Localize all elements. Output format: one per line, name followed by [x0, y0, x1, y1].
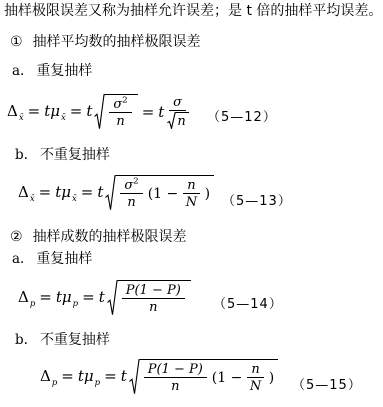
item-a1-text: 重复抽样: [36, 63, 92, 79]
sqrt-sigma2-over-n: σ2 n: [94, 94, 137, 130]
formula-5-13: Δx̄=tμx̄=t σ2 n (1 − n N ): [18, 175, 214, 211]
t-symbol: t: [99, 288, 105, 306]
formula-5-12: Δx̄=tμx̄=t σ2 n =t σ n: [7, 94, 191, 130]
item-a2-text: 重复抽样: [36, 251, 92, 267]
item-b1: b.不重复抽样: [15, 147, 110, 164]
sigma-symbol: σ: [124, 178, 133, 193]
radical-icon: [129, 359, 140, 395]
subscript-p: p: [95, 378, 100, 388]
delta-symbol: Δ: [18, 288, 29, 306]
equals-sign: =: [142, 103, 155, 121]
t-symbol: t: [158, 103, 164, 121]
item-a1-label: a.: [12, 63, 24, 79]
fraction-sigma2-n: σ2 n: [109, 97, 131, 129]
mu-symbol: μ: [61, 183, 71, 201]
radical-icon: [107, 280, 118, 316]
formula-5-12-mid: =t: [138, 103, 165, 121]
fraction-P1P-n: P(1 − P) n: [122, 283, 185, 315]
delta-symbol: Δ: [18, 183, 29, 201]
equals-sign: =: [28, 102, 41, 120]
equals-sign: =: [82, 288, 95, 306]
finite-correction-open: (1 −: [212, 370, 243, 386]
item-b2-text: 不重复抽样: [40, 332, 110, 348]
subscript-xbar: x̄: [19, 113, 24, 123]
radical-icon: [94, 94, 105, 130]
sqrt-P1P-over-n: P(1 − P) n: [107, 280, 191, 316]
denominator-n: n: [149, 299, 157, 315]
denominator-N: N: [186, 194, 197, 210]
intro-text: 抽样极限误差又称为抽样允许误差；是 t 倍的抽样平均误差。: [4, 3, 382, 20]
item-b2: b.不重复抽样: [15, 332, 110, 349]
formula-5-15: Δp=tμp=t P(1 − P) n (1 − n N ): [40, 359, 278, 395]
equals-sign: =: [39, 183, 52, 201]
mu-symbol: μ: [62, 288, 72, 306]
denominator-sqrtn: n: [166, 111, 188, 129]
finite-correction-close: ): [205, 186, 210, 202]
item-a2-label: a.: [12, 251, 24, 267]
equation-number-5-15: （5—15）: [292, 374, 362, 393]
equation-number-5-12: （5—12）: [207, 106, 277, 125]
finite-correction-open: (1 −: [148, 186, 179, 202]
subscript-xbar: x̄: [72, 194, 77, 204]
item-a2: a.重复抽样: [12, 251, 92, 268]
t-symbol: t: [121, 367, 127, 385]
sqrt-P1P-over-n-finite: P(1 − P) n (1 − n N ): [129, 359, 278, 395]
formula-5-12-lhs: Δx̄=tμx̄=t: [7, 102, 92, 123]
item-b1-text: 不重复抽样: [40, 147, 110, 163]
finite-correction-close: ): [269, 370, 274, 386]
denominator-N: N: [250, 378, 261, 394]
section-1-heading: ①抽样平均数的抽样极限误差: [10, 34, 201, 51]
radicand: σ2 n (1 − n N ): [116, 175, 214, 211]
numerator-sigma: σ: [169, 95, 186, 111]
equals-sign: =: [104, 367, 117, 385]
section-2-title: 抽样成数的抽样极限误差: [33, 229, 187, 245]
t-symbol: t: [86, 102, 92, 120]
n-symbol: n: [177, 114, 185, 129]
denominator-n: n: [127, 194, 135, 210]
section-1-number: ①: [10, 34, 23, 50]
section-2-number: ②: [10, 229, 23, 245]
t-symbol: t: [97, 183, 103, 201]
denominator-n: n: [116, 113, 124, 129]
formula-5-15-lhs: Δp=tμp=t: [40, 367, 127, 388]
radical-icon: [105, 175, 116, 211]
fraction-P1P-n: P(1 − P) n: [144, 362, 207, 394]
fraction-n-N: n N: [247, 362, 263, 394]
section-2-heading: ②抽样成数的抽样极限误差: [10, 229, 187, 246]
equals-sign: =: [70, 102, 83, 120]
subscript-xbar: x̄: [61, 113, 66, 123]
equals-sign: =: [39, 288, 52, 306]
sqrt-n: n: [167, 112, 188, 129]
equals-sign: =: [81, 183, 94, 201]
equation-number-5-13: （5—13）: [222, 190, 292, 209]
radicand: σ2 n: [105, 94, 137, 130]
formula-5-14-lhs: Δp=tμp=t: [18, 288, 105, 309]
subscript-p: p: [73, 299, 78, 309]
equation-number-5-14: （5—14）: [213, 293, 283, 312]
numerator-n: n: [183, 178, 199, 194]
denominator-n: n: [171, 378, 179, 394]
item-b2-label: b.: [15, 332, 28, 348]
fraction-sigma2-n: σ2 n: [120, 178, 142, 210]
exponent-2: 2: [122, 96, 127, 106]
fraction-n-N: n N: [183, 178, 199, 210]
mu-symbol: μ: [50, 102, 60, 120]
exponent-2: 2: [133, 177, 138, 187]
sqrt-sigma2-over-n-finite: σ2 n (1 − n N ): [105, 175, 214, 211]
delta-symbol: Δ: [7, 102, 18, 120]
delta-symbol: Δ: [40, 367, 51, 385]
subscript-xbar: x̄: [30, 194, 35, 204]
numerator-P1P: P(1 − P): [122, 283, 185, 299]
numerator-P1P: P(1 − P): [144, 362, 207, 378]
numerator-n: n: [247, 362, 263, 378]
subscript-p: p: [30, 299, 35, 309]
formula-5-13-lhs: Δx̄=tμx̄=t: [18, 183, 103, 204]
radicand: P(1 − P) n (1 − n N ): [140, 359, 278, 395]
item-a1: a.重复抽样: [12, 63, 92, 80]
subscript-p: p: [52, 378, 57, 388]
numerator: σ2: [120, 178, 142, 194]
radical-icon: [167, 112, 176, 129]
document: 抽样极限误差又称为抽样允许误差；是 t 倍的抽样平均误差。 ①抽样平均数的抽样极…: [0, 0, 383, 407]
sigma-symbol: σ: [113, 97, 122, 112]
equals-sign: =: [61, 367, 74, 385]
formula-5-14: Δp=tμp=t P(1 − P) n: [18, 280, 191, 316]
radicand-n: n: [176, 112, 188, 129]
numerator: σ2: [109, 97, 131, 113]
mu-symbol: μ: [84, 367, 94, 385]
fraction-sigma-sqrtn: σ n: [166, 95, 188, 129]
radicand: P(1 − P) n: [118, 280, 191, 316]
item-b1-label: b.: [15, 147, 28, 163]
section-1-title: 抽样平均数的抽样极限误差: [33, 34, 201, 50]
